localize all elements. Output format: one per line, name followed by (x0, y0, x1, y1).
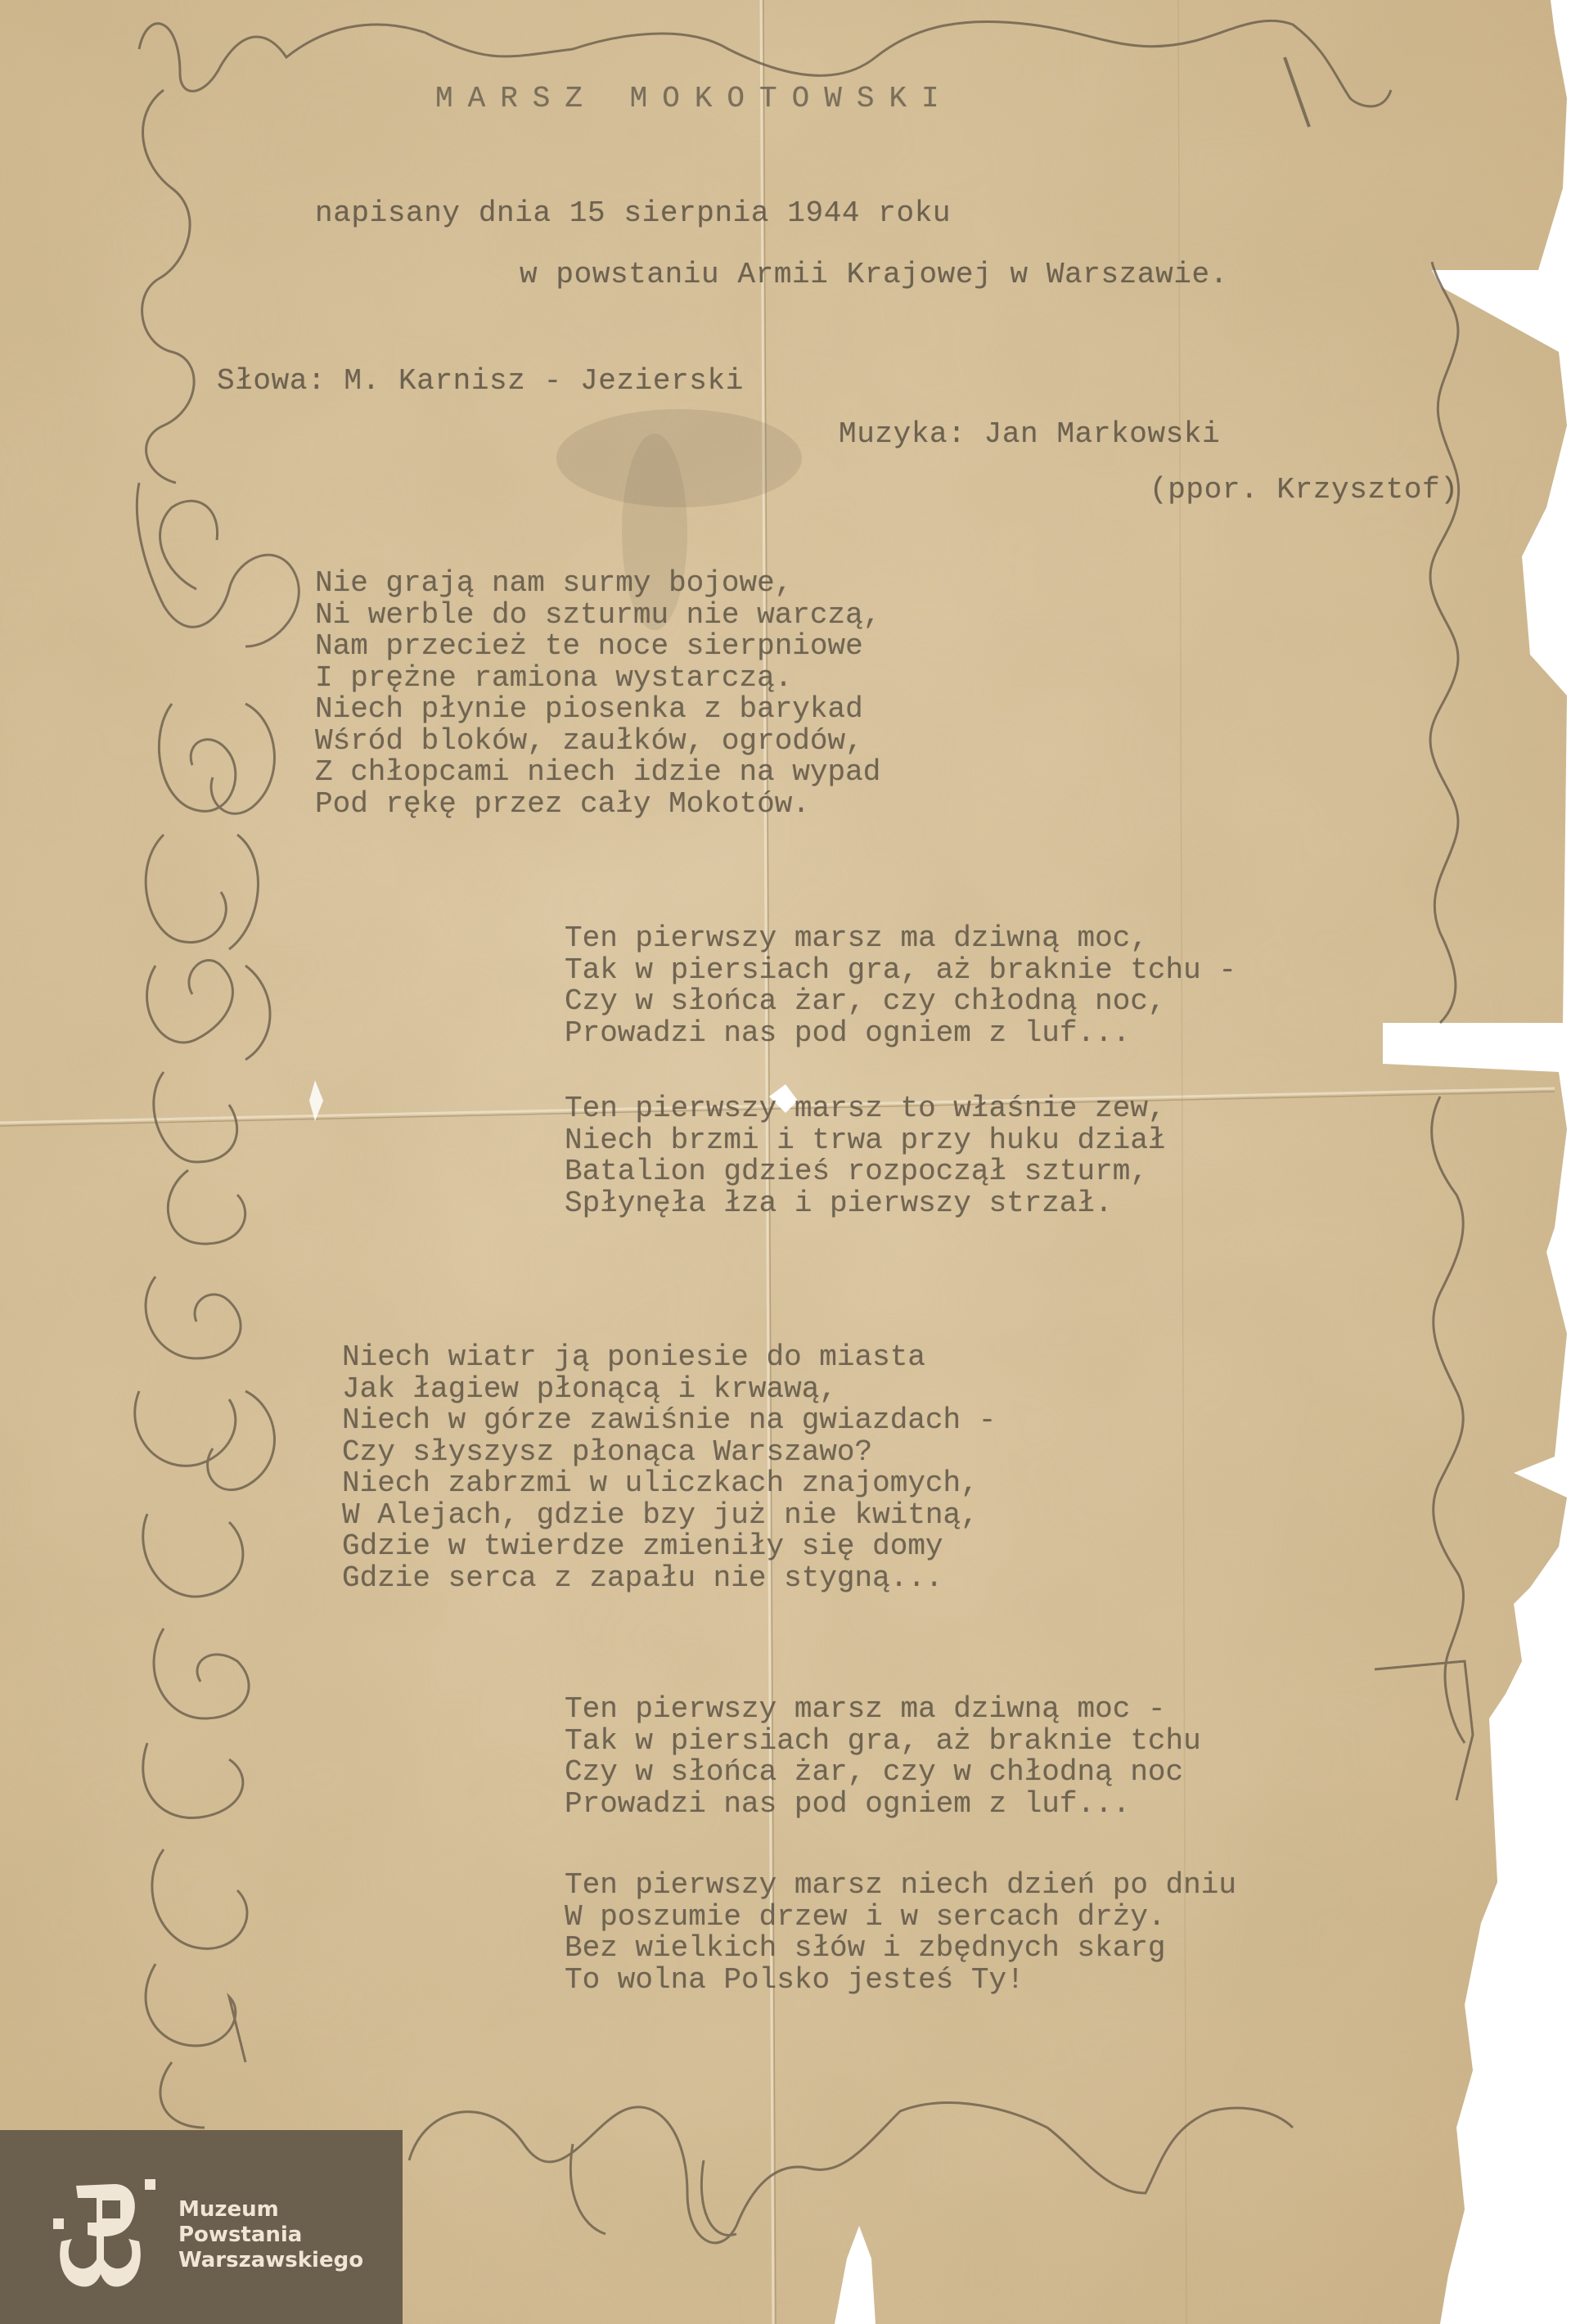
lyric-line: Bez wielkich słów i zbędnych skarg (565, 1933, 1236, 1965)
museum-name: Muzeum Powstania Warszawskiego (178, 2197, 363, 2273)
lyric-line: Ten pierwszy marsz ma dziwną moc - (565, 1694, 1201, 1726)
museum-name-line: Powstania (178, 2223, 363, 2248)
scanned-document: MARSZ MOKOTOWSKI napisany dnia 15 sierpn… (0, 0, 1571, 2324)
chorus-stanza: Ten pierwszy marsz to właśnie zew,Niech … (565, 1093, 1166, 1219)
verse-stanza: Nie grają nam surmy bojowe,Ni werble do … (315, 568, 880, 820)
lyric-line: Niech brzmi i trwa przy huku dział (565, 1125, 1166, 1157)
lyric-line: Czy w słońca żar, czy chłodną noc, (565, 986, 1236, 1018)
lyric-line: Tak w piersiach gra, aż braknie tchu (565, 1726, 1201, 1758)
lyric-line: Czy w słońca żar, czy w chłodną noc (565, 1757, 1201, 1789)
lyric-line: Czy słyszysz płonąca Warszawo? (342, 1437, 996, 1469)
chorus-stanza: Ten pierwszy marsz ma dziwną moc -Tak w … (565, 1694, 1201, 1820)
lyric-line: Tak w piersiach gra, aż braknie tchu - (565, 955, 1236, 987)
lyric-line: W Alejach, gdzie bzy już nie kwitną, (342, 1500, 996, 1532)
date-written-line: napisany dnia 15 sierpnia 1944 roku (315, 196, 951, 230)
lyric-line: To wolna Polsko jesteś Ty! (565, 1965, 1236, 1997)
document-title: MARSZ MOKOTOWSKI (435, 82, 954, 115)
lyric-line: I prężne ramiona wystarczą. (315, 663, 880, 695)
lyric-line: Nam przecież te noce sierpniowe (315, 631, 880, 663)
music-author-credit: Muzyka: Jan Markowski (839, 417, 1220, 451)
kotwica-anchor-icon (53, 2178, 155, 2292)
lyrics-author-credit: Słowa: M. Karnisz - Jezierski (217, 364, 744, 398)
lyric-line: Prowadzi nas pod ogniem z luf... (565, 1789, 1201, 1821)
chorus-stanza: Ten pierwszy marsz niech dzień po dniuW … (565, 1870, 1236, 1996)
lyric-line: Wśród bloków, zaułków, ogrodów, (315, 726, 880, 758)
lyric-line: Niech wiatr ją poniesie do miasta (342, 1342, 996, 1374)
lyric-line: Niech płynie piosenka z barykad (315, 694, 880, 726)
uprising-context-line: w powstaniu Armii Krajowej w Warszawie. (520, 258, 1228, 291)
lyric-line: Prowadzi nas pod ogniem z luf... (565, 1018, 1236, 1050)
lyric-line: Niech zabrzmi w uliczkach znajomych, (342, 1468, 996, 1500)
lyric-line: Batalion gdzieś rozpoczął szturm, (565, 1156, 1166, 1188)
museum-watermark-logo: Muzeum Powstania Warszawskiego (0, 2130, 403, 2324)
composer-rank-pseudonym: (ppor. Krzysztof) (1150, 473, 1458, 507)
lyric-line: Niech w górze zawiśnie na gwiazdach - (342, 1405, 996, 1437)
lyric-line: Nie grają nam surmy bojowe, (315, 568, 880, 600)
verse-stanza: Niech wiatr ją poniesie do miastaJak łag… (342, 1342, 996, 1594)
lyric-line: Gdzie w twierdze zmieniły się domy (342, 1531, 996, 1563)
museum-name-line: Warszawskiego (178, 2248, 363, 2273)
lyric-line: Jak łagiew płonącą i krwawą, (342, 1374, 996, 1406)
lyric-line: Ten pierwszy marsz to właśnie zew, (565, 1093, 1166, 1125)
lyric-line: Spłynęła łza i pierwszy strzał. (565, 1188, 1166, 1220)
lyric-line: Ten pierwszy marsz niech dzień po dniu (565, 1870, 1236, 1902)
museum-name-line: Muzeum (178, 2197, 363, 2223)
lyric-line: Pod rękę przez cały Mokotów. (315, 789, 880, 821)
chorus-stanza: Ten pierwszy marsz ma dziwną moc,Tak w p… (565, 923, 1236, 1049)
lyric-line: Z chłopcami niech idzie na wypad (315, 757, 880, 789)
lyric-line: Ni werble do szturmu nie warczą, (315, 600, 880, 632)
lyric-line: Ten pierwszy marsz ma dziwną moc, (565, 923, 1236, 955)
lyric-line: Gdzie serca z zapału nie stygną... (342, 1563, 996, 1595)
lyric-line: W poszumie drzew i w sercach drży. (565, 1902, 1236, 1934)
